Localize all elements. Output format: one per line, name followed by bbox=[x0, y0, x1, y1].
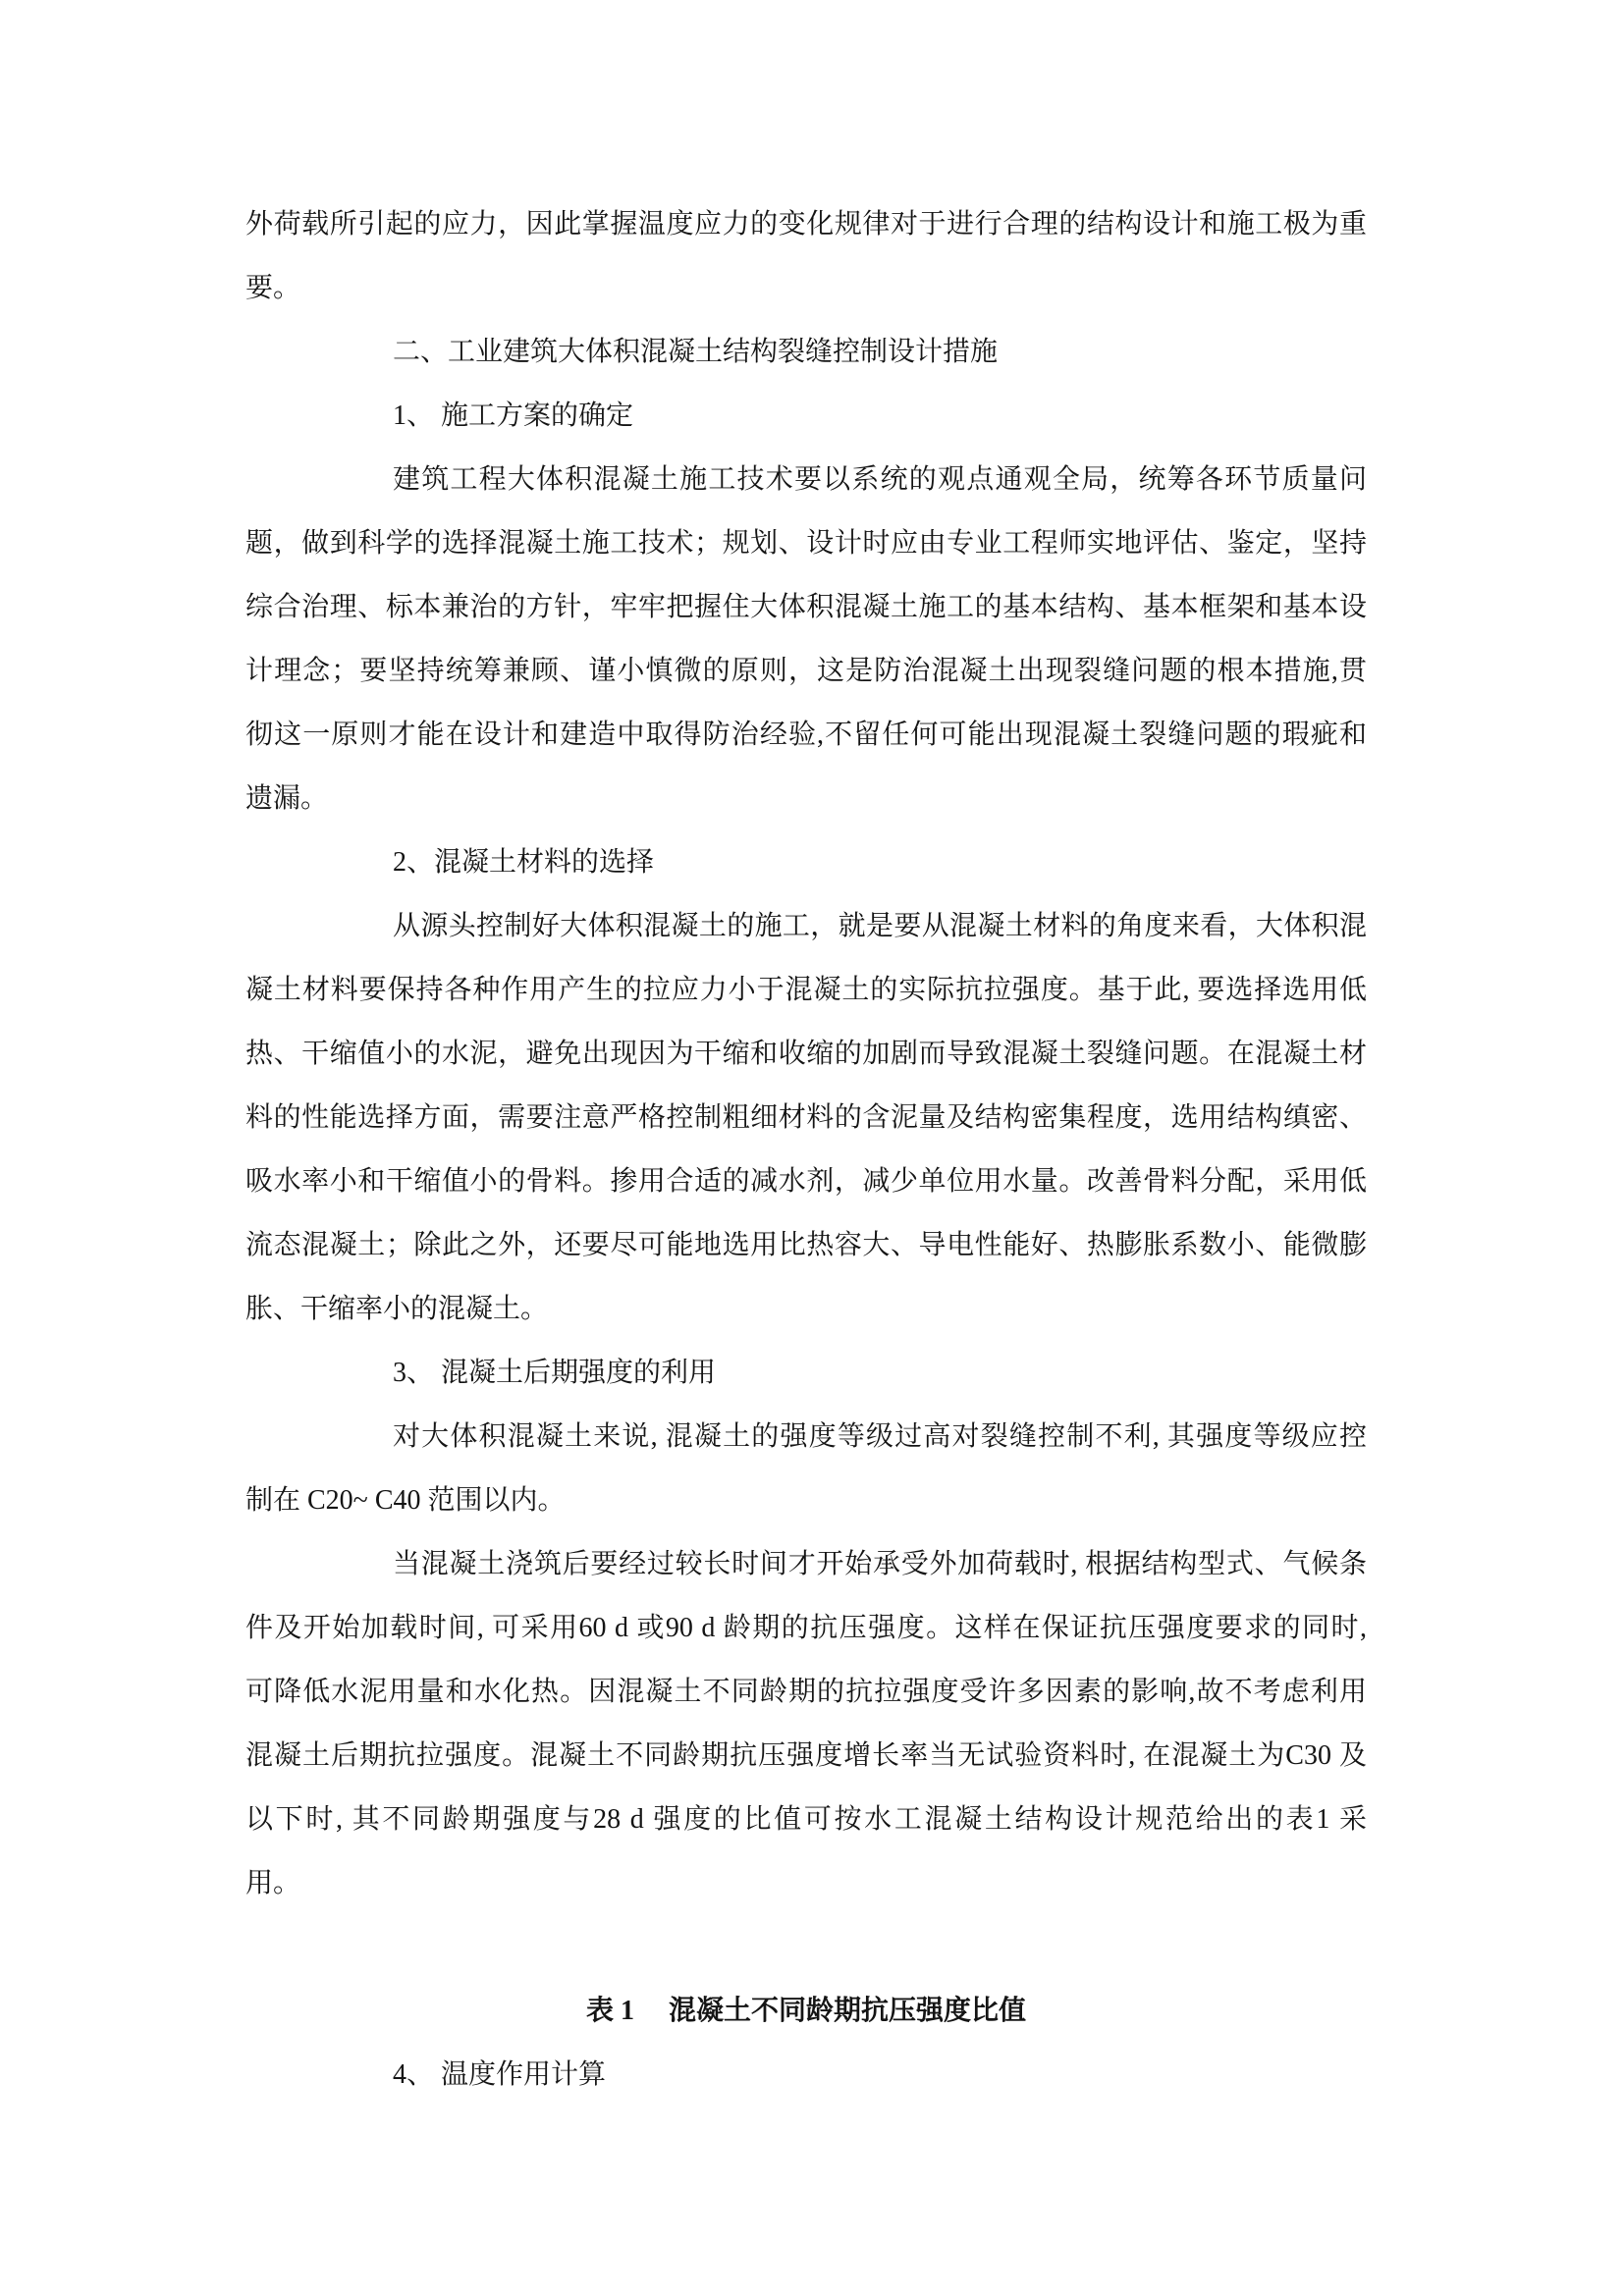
paragraph-line: 题，做到科学的选择混凝土施工技术；规划、设计时应由专业工程师实地评估、鉴定，坚持 bbox=[245, 511, 1367, 575]
section-heading: 2、混凝土材料的选择 bbox=[245, 830, 1367, 894]
paragraph-line: 热、干缩值小的水泥，避免出现因为干缩和收缩的加剧而导致混凝土裂缝问题。在混凝土材 bbox=[245, 1022, 1367, 1086]
paragraph-line: 凝土材料要保持各种作用产生的拉应力小于混凝土的实际抗拉强度。基于此, 要选择选用… bbox=[245, 958, 1367, 1022]
paragraph-line: 外荷载所引起的应力，因此掌握温度应力的变化规律对于进行合理的结构设计和施工极为重 bbox=[245, 192, 1367, 256]
paragraph-last-line: 制在 C20~ C40 范围以内。 bbox=[245, 1468, 1367, 1532]
paragraph-line: 料的性能选择方面，需要注意严格控制粗细材料的含泥量及结构密集程度，选用结构缜密、 bbox=[245, 1086, 1367, 1149]
section-heading: 4、 温度作用计算 bbox=[245, 2043, 1367, 2107]
paragraph-line: 件及开始加载时间, 可采用60 d 或90 d 龄期的抗压强度。这样在保证抗压强… bbox=[245, 1596, 1367, 1660]
document-text-block: 外荷载所引起的应力，因此掌握温度应力的变化规律对于进行合理的结构设计和施工极为重… bbox=[245, 192, 1367, 2107]
paragraph-last-line: 用。 bbox=[245, 1851, 1367, 1915]
paragraph-first-line: 建筑工程大体积混凝土施工技术要以系统的观点通观全局，统筹各环节质量问 bbox=[245, 448, 1367, 511]
paragraph-first-line: 当混凝土浇筑后要经过较长时间才开始承受外加荷载时, 根据结构型式、气候条 bbox=[245, 1532, 1367, 1596]
paragraph-line: 混凝土后期抗拉强度。混凝土不同龄期抗压强度增长率当无试验资料时, 在混凝土为C3… bbox=[245, 1724, 1367, 1788]
blank-line bbox=[245, 1915, 1367, 1979]
paragraph-last-line: 遗漏。 bbox=[245, 767, 1367, 830]
paragraph-line: 可降低水泥用量和水化热。因混凝土不同龄期的抗拉强度受许多因素的影响,故不考虑利用 bbox=[245, 1660, 1367, 1724]
paragraph-first-line: 从源头控制好大体积混凝土的施工，就是要从混凝土材料的角度来看，大体积混 bbox=[245, 894, 1367, 958]
section-heading: 3、 混凝土后期强度的利用 bbox=[245, 1341, 1367, 1405]
paragraph-first-line: 对大体积混凝土来说, 混凝土的强度等级过高对裂缝控制不利, 其强度等级应控 bbox=[245, 1405, 1367, 1468]
paragraph-line: 综合治理、标本兼治的方针，牢牢把握住大体积混凝土施工的基本结构、基本框架和基本设 bbox=[245, 575, 1367, 639]
paragraph-line: 计理念；要坚持统筹兼顾、谨小慎微的原则，这是防治混凝土出现裂缝问题的根本措施,贯 bbox=[245, 639, 1367, 703]
document-page: 外荷载所引起的应力，因此掌握温度应力的变化规律对于进行合理的结构设计和施工极为重… bbox=[0, 0, 1624, 2296]
section-heading: 二、工业建筑大体积混凝土结构裂缝控制设计措施 bbox=[245, 320, 1367, 384]
paragraph-last-line: 胀、干缩率小的混凝土。 bbox=[245, 1277, 1367, 1341]
paragraph-line: 吸水率小和干缩值小的骨料。掺用合适的减水剂，减少单位用水量。改善骨料分配，采用低 bbox=[245, 1149, 1367, 1213]
paragraph-line: 流态混凝土；除此之外，还要尽可能地选用比热容大、导电性能好、热膨胀系数小、能微膨 bbox=[245, 1213, 1367, 1277]
paragraph-line: 以下时, 其不同龄期强度与28 d 强度的比值可按水工混凝土结构设计规范给出的表… bbox=[245, 1788, 1367, 1851]
paragraph-line: 彻这一原则才能在设计和建造中取得防治经验,不留任何可能出现混凝土裂缝问题的瑕疵和 bbox=[245, 703, 1367, 767]
paragraph-last-line: 要。 bbox=[245, 256, 1367, 320]
table-caption: 表 1 混凝土不同龄期抗压强度比值 bbox=[245, 1979, 1367, 2043]
section-heading: 1、 施工方案的确定 bbox=[245, 384, 1367, 448]
